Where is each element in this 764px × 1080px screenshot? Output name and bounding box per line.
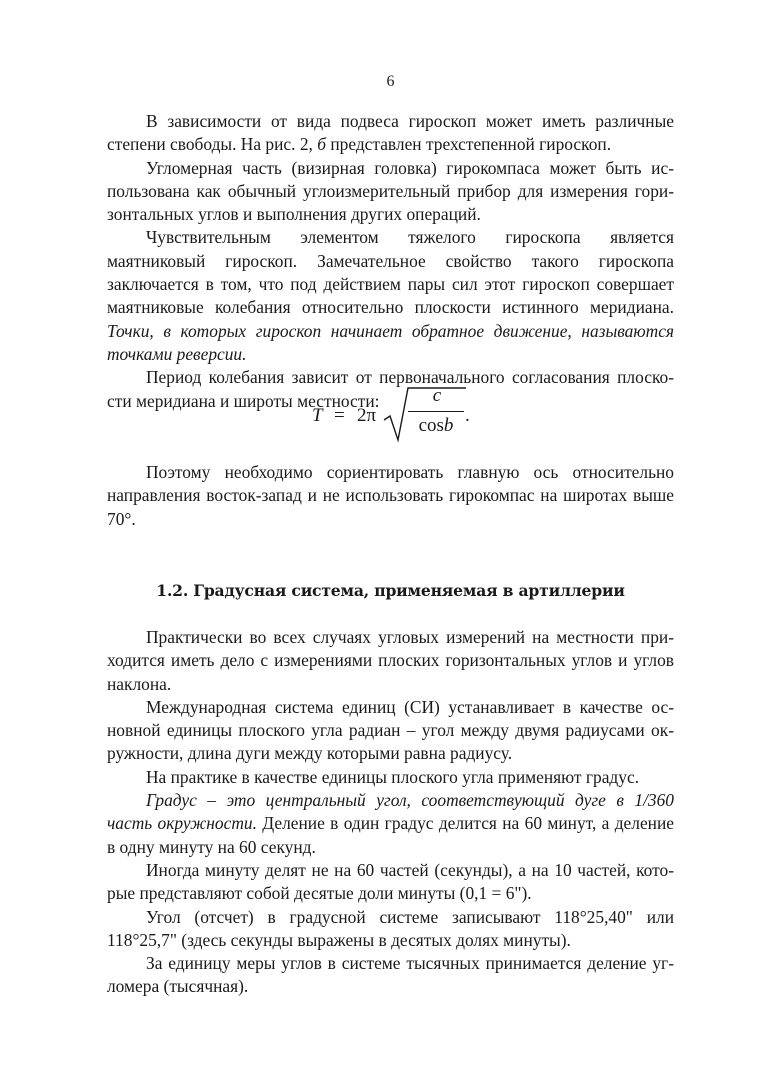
paragraph-orientation: Поэтому необходимо сориентировать главну… (107, 461, 674, 531)
paragraph-suspension: В зависимости от вида подвеса гироскоп м… (107, 110, 674, 157)
formula-numerator: c (412, 384, 462, 407)
formula-period: T = 2π c cosb . (107, 386, 674, 446)
paragraph-mil-unit: За единицу меры углов в системе тысячных… (107, 952, 674, 999)
section-gyroscope-conclusion: Поэтому необходимо сориентировать главну… (107, 461, 674, 531)
paragraph-degree-definition: Градус – это центральный угол, соответст… (107, 789, 674, 859)
section-heading: 1.2. Градусная система, применяемая в ар… (107, 579, 674, 602)
formula-period-mark: . (465, 404, 470, 427)
paragraph-tenths-minute: Иногда минуту делят не на 60 частей (сек… (107, 859, 674, 906)
paragraph-pendulum-gyroscope: Чувствительным элементом тяжелого гироск… (107, 226, 674, 366)
paragraph-measurements: Практически во всех случаях угловых изме… (107, 626, 674, 696)
formula-coefficient: 2π (357, 404, 376, 427)
section-gyroscope-text: В зависимости от вида подвеса гироскоп м… (107, 110, 674, 413)
fraction-bar (408, 411, 464, 412)
formula-equals: = (334, 404, 345, 427)
section-degree-system: Практически во всех случаях угловых изме… (107, 626, 674, 999)
paragraph-angle-notation: Угол (отсчет) в градусной системе записы… (107, 906, 674, 953)
paragraph-degree-usage: На практике в качестве единицы плоского … (107, 766, 674, 789)
formula-lhs: T (312, 404, 323, 427)
paragraph-si-radian: Международная система единиц (СИ) устана… (107, 696, 674, 766)
definition-reversal-points: Точки, в которых гироскоп начинает обрат… (107, 321, 674, 364)
page-number: 6 (107, 70, 674, 93)
formula-denominator: cosb (408, 414, 464, 437)
paragraph-goniometer: Угломерная часть (визирная головка) гиро… (107, 157, 674, 227)
